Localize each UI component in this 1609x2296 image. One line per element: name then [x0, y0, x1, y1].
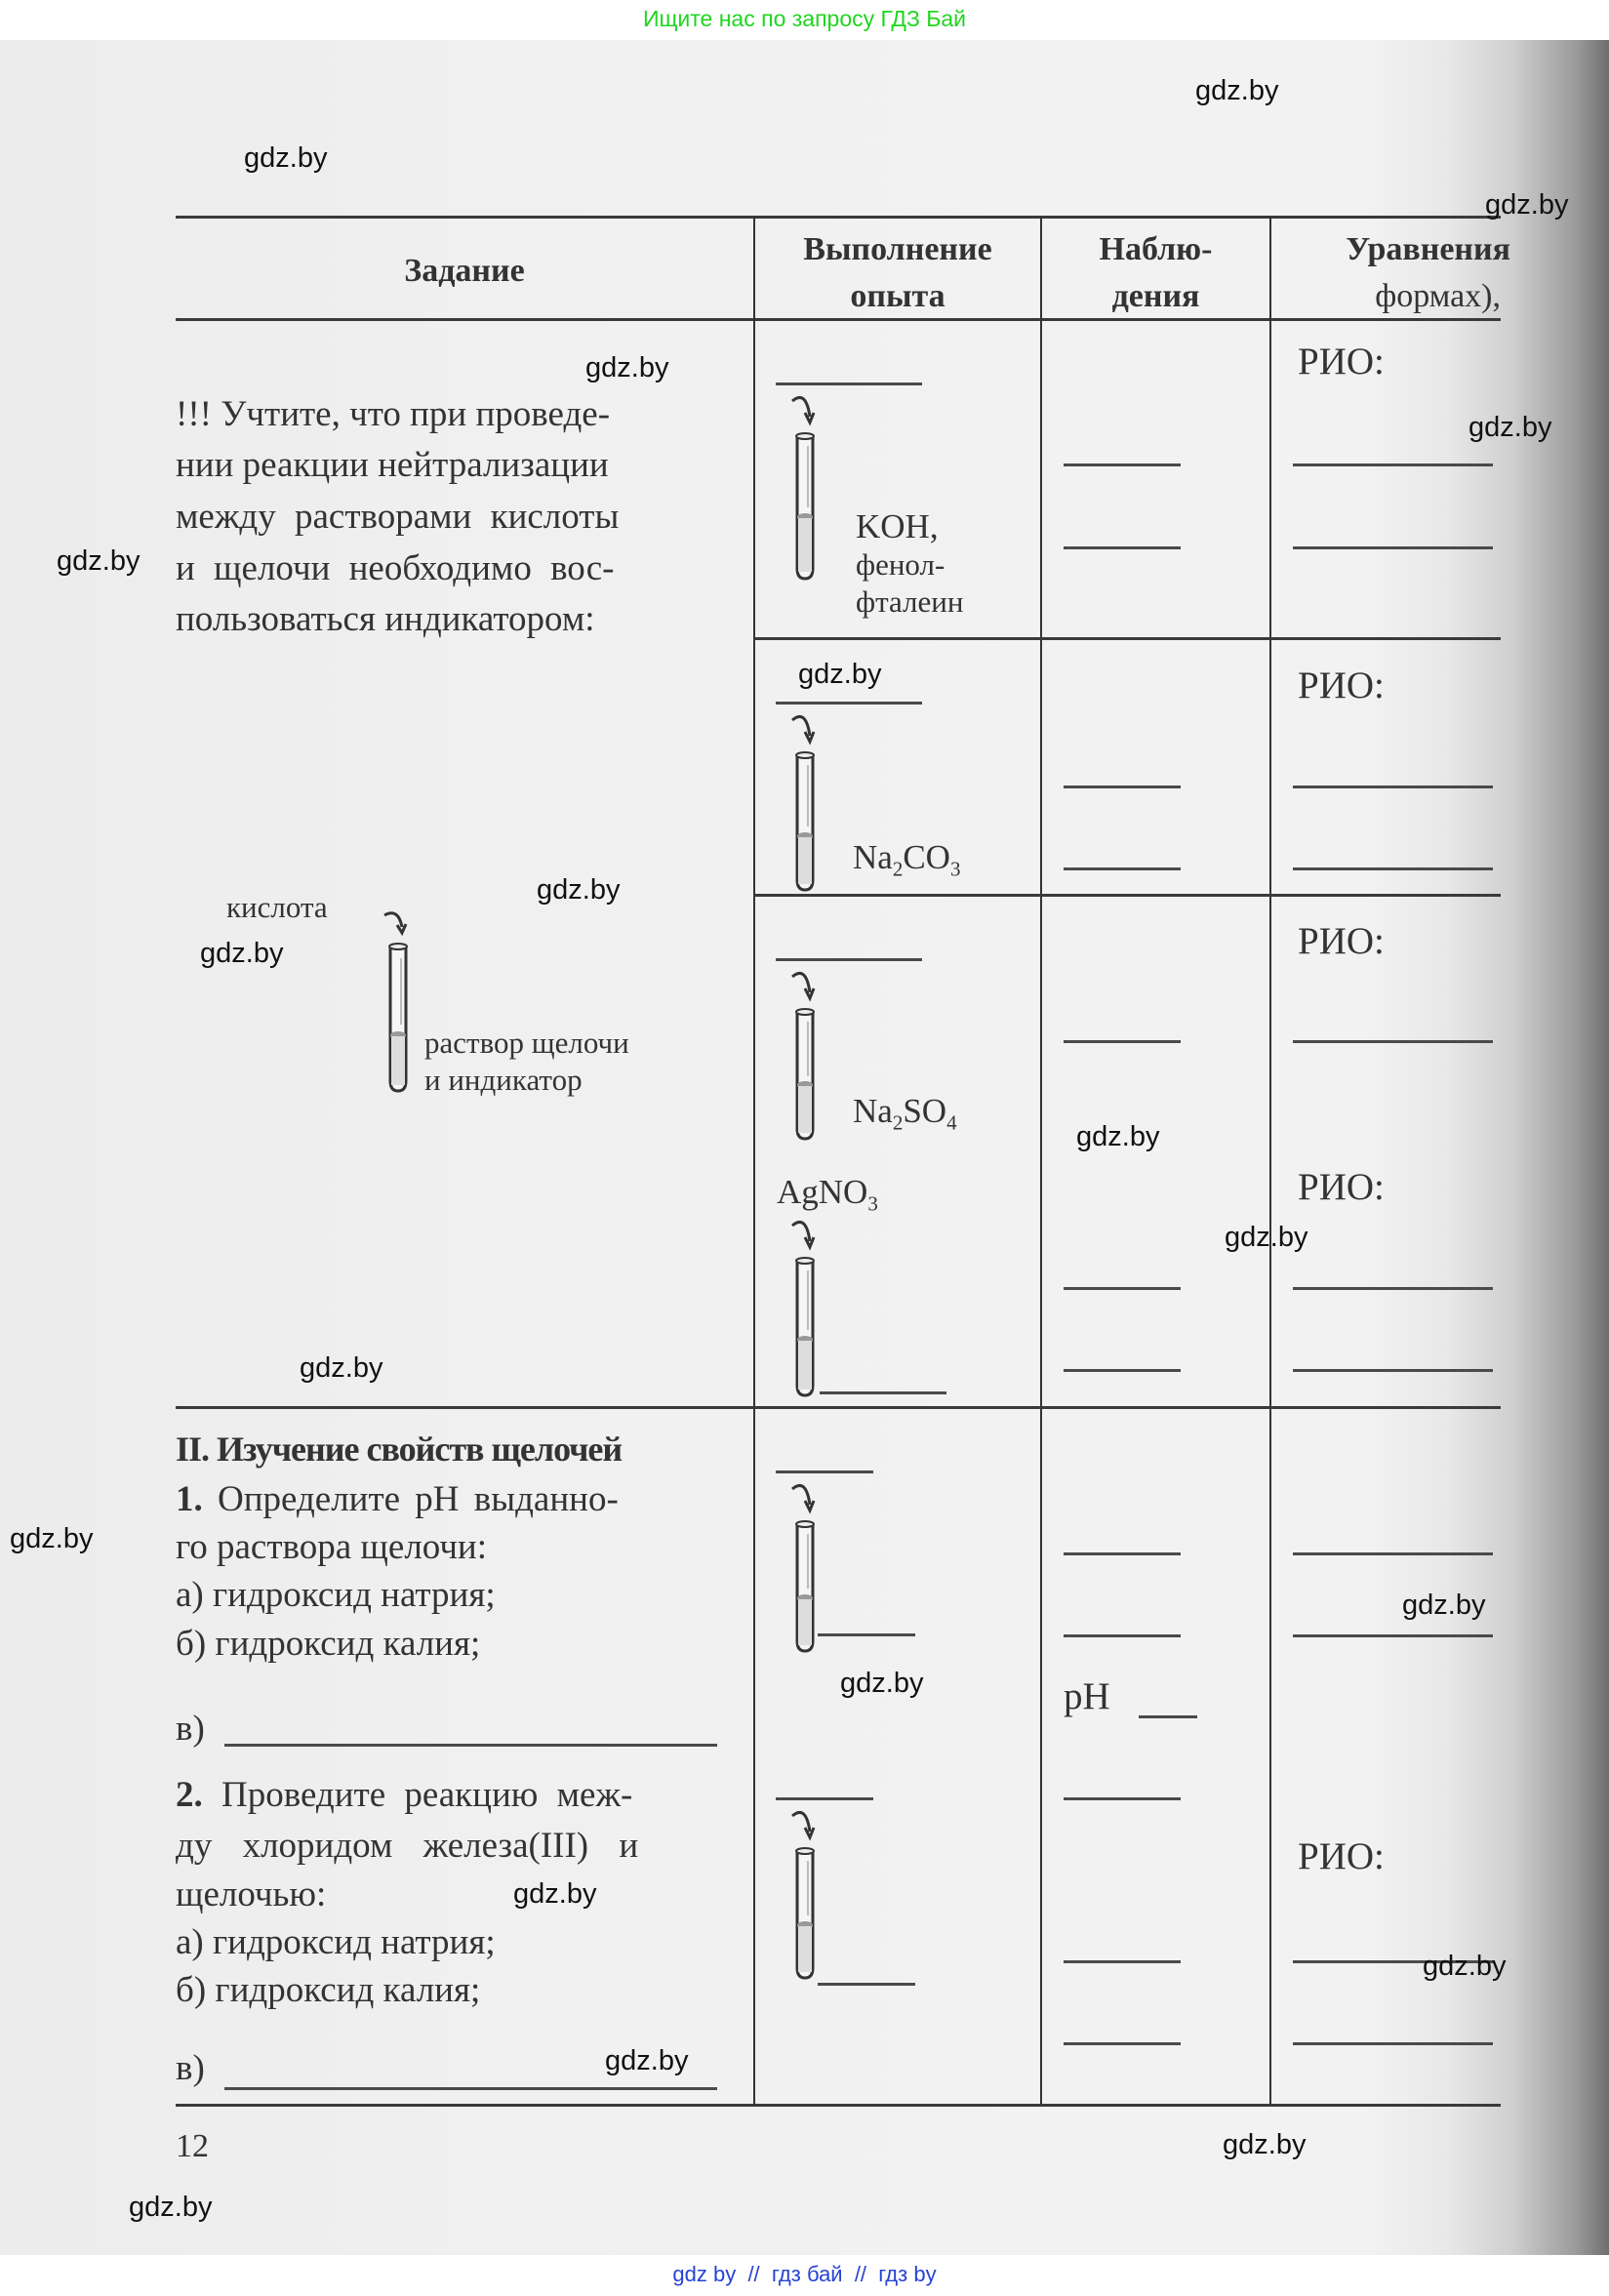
task1-option-b: б) гидроксид калия; [176, 1625, 480, 1664]
watermark: gdz.by [537, 875, 620, 905]
page-number: 12 [176, 2127, 209, 2166]
table-top-rule [176, 216, 1501, 219]
reagent-phenolphthalein-1: фенол- [856, 548, 945, 582]
watermark: gdz.by [300, 1353, 382, 1383]
test-tube-icon [781, 1800, 849, 1986]
task2-option-c: в) [176, 2049, 205, 2088]
note-line: между растворами кислоты [176, 498, 619, 537]
watermark: gdz.by [1225, 1223, 1307, 1252]
row-divider [754, 894, 1501, 897]
watermark: gdz.by [605, 2046, 688, 2075]
acid-label: кислота [226, 891, 328, 924]
column-divider [1269, 217, 1271, 2106]
task1-line1: 1. Определите pH выданно- [176, 1480, 619, 1519]
watermark: gdz.by [1423, 1952, 1506, 1981]
section-heading: II. Изучение свойств щелочей [176, 1430, 622, 1469]
note-line: нии реакции нейтрализации [176, 446, 609, 485]
header-task: Задание [176, 248, 753, 295]
reagent-koh: KOH, [856, 510, 939, 544]
watermark: gdz.by [10, 1524, 93, 1553]
header-experiment-line1: Выполнение [755, 226, 1040, 273]
watermark: gdz.by [798, 660, 881, 689]
observation-blank[interactable] [1064, 1287, 1181, 1290]
task1-option-c: в) [176, 1710, 205, 1749]
observation-blank[interactable] [1064, 1040, 1181, 1043]
row-divider [754, 637, 1501, 640]
answer-blank[interactable] [818, 1633, 915, 1636]
observation-blank[interactable] [1064, 1960, 1181, 1963]
test-tube-icon [781, 1473, 849, 1659]
observation-blank[interactable] [1064, 2042, 1181, 2045]
rio-label: РИО: [1298, 1836, 1385, 1877]
section-divider [176, 1406, 1501, 1409]
answer-blank[interactable] [849, 1391, 946, 1394]
test-tube-icon [781, 705, 849, 900]
observation-blank[interactable] [1064, 1552, 1181, 1555]
ph-blank[interactable] [1139, 1715, 1197, 1718]
top-banner-text[interactable]: Ищите нас по запросу ГДЗ Бай [643, 6, 966, 31]
rio-label: РИО: [1298, 921, 1385, 962]
task2-line2: ду хлоридом железа(III) и [176, 1827, 638, 1866]
test-tube-icon [781, 385, 849, 581]
tube-label-line2: и индикатор [424, 1064, 583, 1097]
column-divider [1040, 217, 1042, 2106]
observation-blank[interactable] [1064, 1797, 1181, 1800]
equation-blank[interactable] [1293, 867, 1493, 870]
column-divider [753, 217, 755, 2106]
watermark: gdz.by [513, 1879, 596, 1909]
observation-blank[interactable] [1064, 785, 1181, 788]
task2-option-a: а) гидроксид натрия; [176, 1923, 496, 1962]
equation-blank[interactable] [1293, 546, 1493, 549]
watermark: gdz.by [244, 143, 327, 173]
answer-blank[interactable] [818, 1983, 915, 1986]
header-observations-line2: дения [1042, 273, 1269, 320]
observation-blank[interactable] [1064, 546, 1181, 549]
top-banner: Ищите нас по запросу ГДЗ Бай [0, 0, 1609, 40]
task2-line3: щелочью: [176, 1875, 326, 1914]
rio-label: РИО: [1298, 665, 1385, 706]
note-line: !!! Учтите, что при проведе- [176, 395, 610, 434]
equation-blank[interactable] [1293, 1287, 1493, 1290]
equation-blank[interactable] [1293, 1040, 1493, 1043]
reagent-sodium-carbonate: Na2CO3 [853, 841, 960, 885]
watermark: gdz.by [1223, 2130, 1306, 2159]
watermark: gdz.by [1402, 1591, 1485, 1620]
watermark: gdz.by [1076, 1122, 1159, 1151]
equation-blank[interactable] [1293, 785, 1493, 788]
equation-blank[interactable] [1293, 1552, 1493, 1555]
task2-option-b: б) гидроксид калия; [176, 1971, 480, 2010]
header-equations-line1: Уравнения [1271, 226, 1510, 273]
header-equations-line2: формах), [1271, 273, 1501, 320]
watermark: gdz.by [129, 2193, 212, 2222]
task1-option-c-blank[interactable] [224, 1744, 717, 1747]
observation-blank[interactable] [1064, 1634, 1181, 1637]
bottom-banner: gdz by // гдз бай // гдз by [0, 2255, 1609, 2296]
header-experiment-line2: опыта [755, 273, 1040, 320]
ph-label: pH [1064, 1676, 1110, 1717]
header-observations-line1: Наблю- [1042, 226, 1269, 273]
watermark: gdz.by [1468, 413, 1551, 442]
reagent-sodium-sulfate: Na2SO4 [853, 1095, 957, 1139]
task2-line1: 2. Проведите реакцию меж- [176, 1776, 632, 1815]
rio-label: РИО: [1298, 342, 1385, 383]
observation-blank[interactable] [1064, 1369, 1181, 1372]
watermark: gdz.by [840, 1669, 923, 1698]
equation-blank[interactable] [1293, 463, 1493, 466]
test-tube-icon [781, 1210, 849, 1405]
observation-blank[interactable] [1064, 463, 1181, 466]
bottom-banner-links[interactable]: gdz by // гдз бай // гдз by [672, 2262, 936, 2286]
note-line: и щелочи необходимо вос- [176, 549, 614, 588]
equation-blank[interactable] [1293, 2042, 1493, 2045]
rio-label: РИО: [1298, 1167, 1385, 1208]
task1-line2: го раствора щелочи: [176, 1528, 487, 1567]
reagent-phenolphthalein-2: фталеин [856, 585, 963, 619]
equation-blank[interactable] [1293, 1369, 1493, 1372]
watermark: gdz.by [1485, 190, 1568, 220]
note-line: пользоваться индикатором: [176, 600, 595, 639]
task1-option-a: а) гидроксид натрия; [176, 1576, 496, 1615]
observation-blank[interactable] [1064, 867, 1181, 870]
watermark: gdz.by [57, 546, 140, 576]
watermark: gdz.by [585, 353, 668, 383]
task2-option-c-blank[interactable] [224, 2087, 717, 2090]
table-bottom-rule [176, 2104, 1501, 2107]
tube-label-line1: раствор щелочи [424, 1027, 629, 1060]
watermark: gdz.by [1195, 76, 1278, 105]
equation-blank[interactable] [1293, 1634, 1493, 1637]
test-tube-icon [781, 961, 849, 1147]
watermark: gdz.by [200, 939, 283, 968]
